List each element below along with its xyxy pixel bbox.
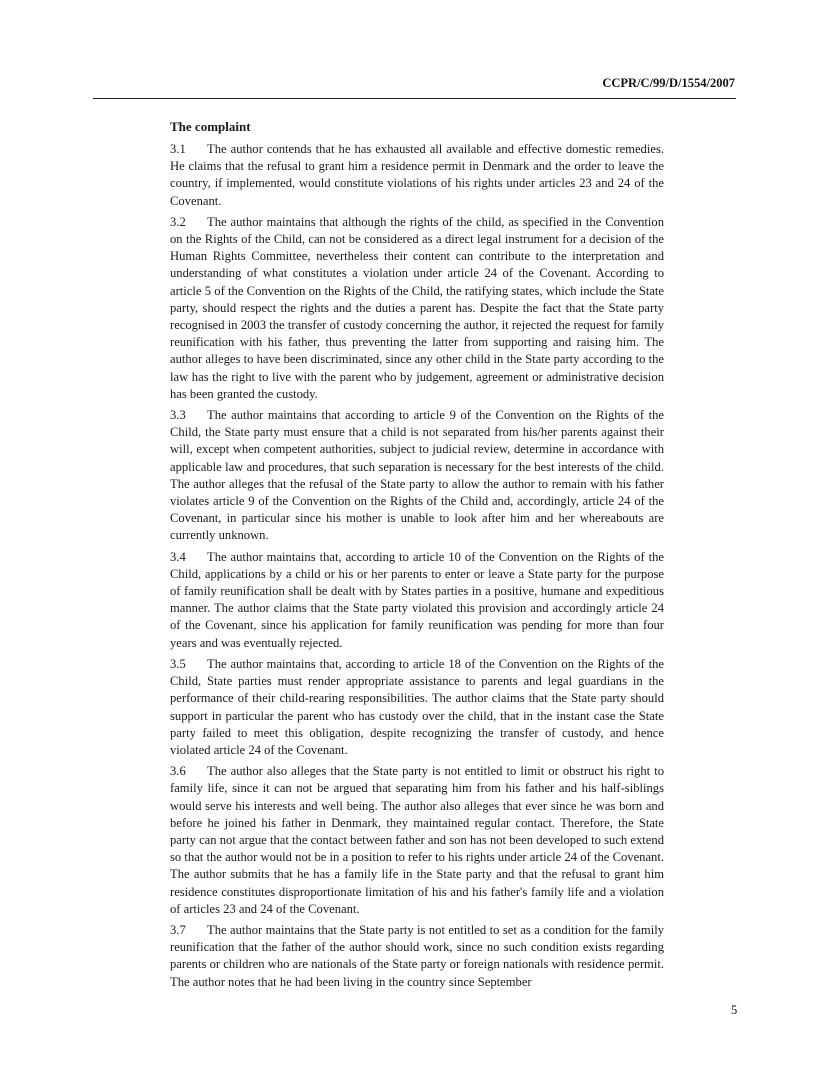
page-number: 5	[731, 1003, 737, 1018]
paragraph-text: The author maintains that the State part…	[170, 923, 664, 989]
document-symbol: CCPR/C/99/D/1554/2007	[602, 76, 735, 91]
paragraph-text: The author maintains that, according to …	[170, 657, 664, 757]
page-body: The complaint 3.1The author contends tha…	[170, 118, 664, 995]
paragraph-3-2: 3.2The author maintains that although th…	[170, 214, 664, 403]
paragraph-3-1: 3.1The author contends that he has exhau…	[170, 141, 664, 210]
paragraph-3-4: 3.4The author maintains that, according …	[170, 549, 664, 652]
paragraph-number: 3.4	[170, 549, 207, 566]
paragraph-text: The author maintains that, according to …	[170, 550, 664, 650]
paragraph-number: 3.5	[170, 656, 207, 673]
section-heading: The complaint	[170, 118, 664, 135]
paragraph-text: The author also alleges that the State p…	[170, 764, 664, 916]
paragraph-number: 3.3	[170, 407, 207, 424]
paragraph-number: 3.6	[170, 763, 207, 780]
paragraph-3-3: 3.3The author maintains that according t…	[170, 407, 664, 545]
paragraph-3-5: 3.5The author maintains that, according …	[170, 656, 664, 759]
header-rule	[93, 98, 736, 99]
paragraph-text: The author contends that he has exhauste…	[170, 142, 664, 208]
paragraph-number: 3.2	[170, 214, 207, 231]
paragraph-text: The author maintains that although the r…	[170, 215, 664, 401]
paragraph-number: 3.7	[170, 922, 207, 939]
paragraph-3-6: 3.6The author also alleges that the Stat…	[170, 763, 664, 918]
paragraph-3-7: 3.7The author maintains that the State p…	[170, 922, 664, 991]
paragraph-number: 3.1	[170, 141, 207, 158]
paragraph-text: The author maintains that according to a…	[170, 408, 664, 542]
